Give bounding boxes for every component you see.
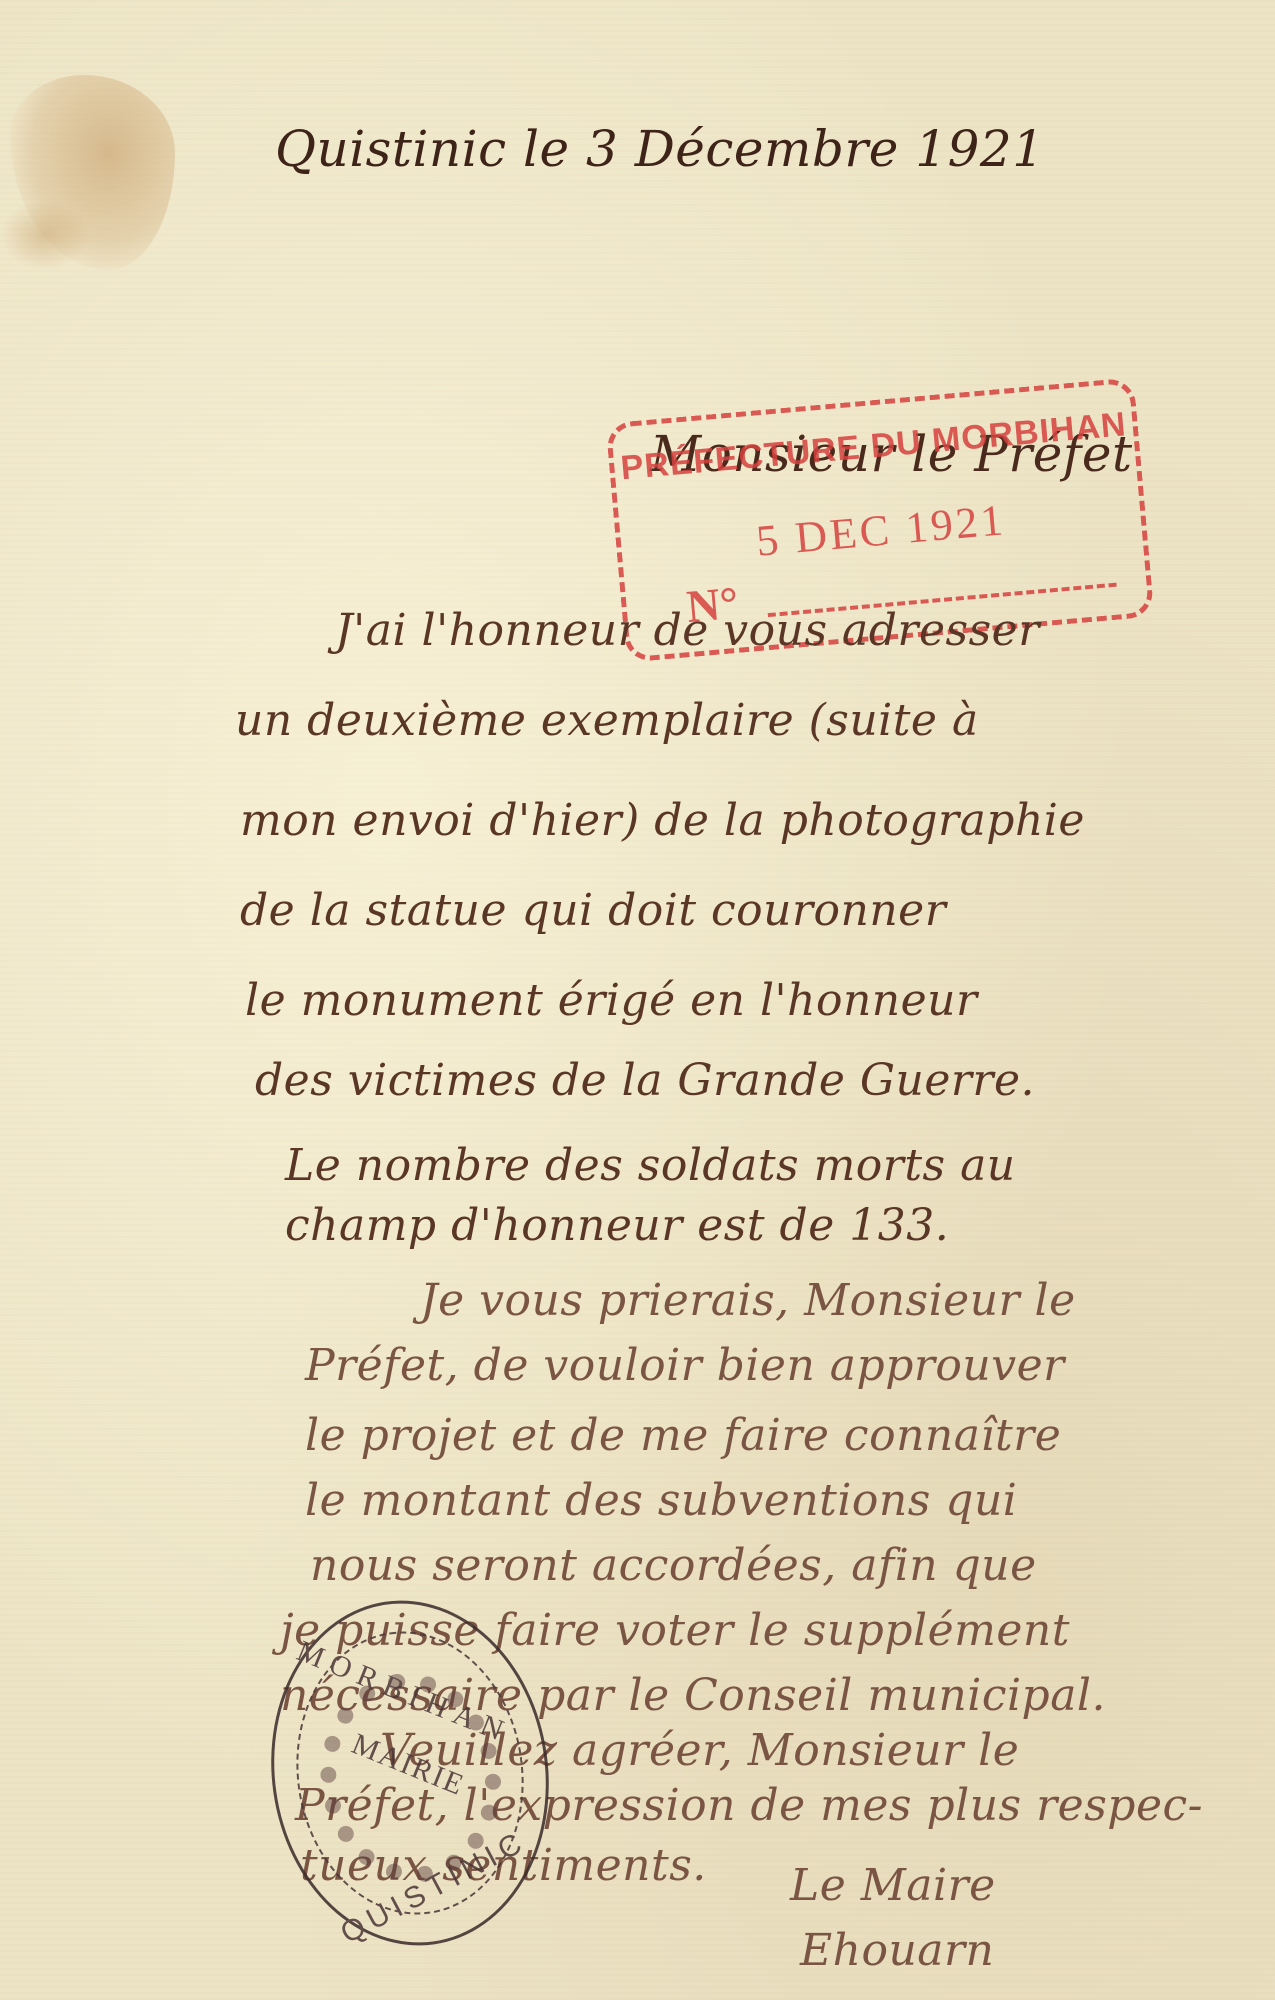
- prefecture-stamp-date: 5 DEC 1921: [620, 482, 1142, 578]
- body-line: J'ai l'honneur de vous adresser: [335, 605, 1040, 656]
- body-line: un deuxième exemplaire (suite à: [235, 695, 979, 746]
- body-line: nous seront accordées, afin que: [310, 1540, 1037, 1591]
- date-line: Quistinic le 3 Décembre 1921: [275, 120, 1045, 178]
- body-line: de la statue qui doit couronner: [240, 885, 946, 936]
- body-line: le montant des subventions qui: [305, 1475, 1017, 1526]
- paper-stain-small: [0, 200, 90, 270]
- body-line: le projet et de me faire connaître: [305, 1410, 1061, 1461]
- closing: Le Maire: [790, 1860, 996, 1911]
- body-line: champ d'honneur est de 133.: [285, 1200, 949, 1251]
- body-line: le monument érigé en l'honneur: [245, 975, 978, 1026]
- prefecture-stamp-title: PRÉFECTURE DU MORBIHAN: [613, 405, 1134, 489]
- signature: Ehouarn: [800, 1925, 994, 1976]
- body-line: Le nombre des soldats morts au: [285, 1140, 1016, 1191]
- body-line: des victimes de la Grande Guerre.: [255, 1055, 1035, 1106]
- body-line: mon envoi d'hier) de la photographie: [240, 795, 1085, 846]
- body-line: Je vous prierais, Monsieur le: [420, 1275, 1076, 1326]
- body-line: Préfet, de vouloir bien approuver: [305, 1340, 1065, 1391]
- letter-page: Quistinic le 3 Décembre 1921 Monsieur le…: [0, 0, 1275, 2000]
